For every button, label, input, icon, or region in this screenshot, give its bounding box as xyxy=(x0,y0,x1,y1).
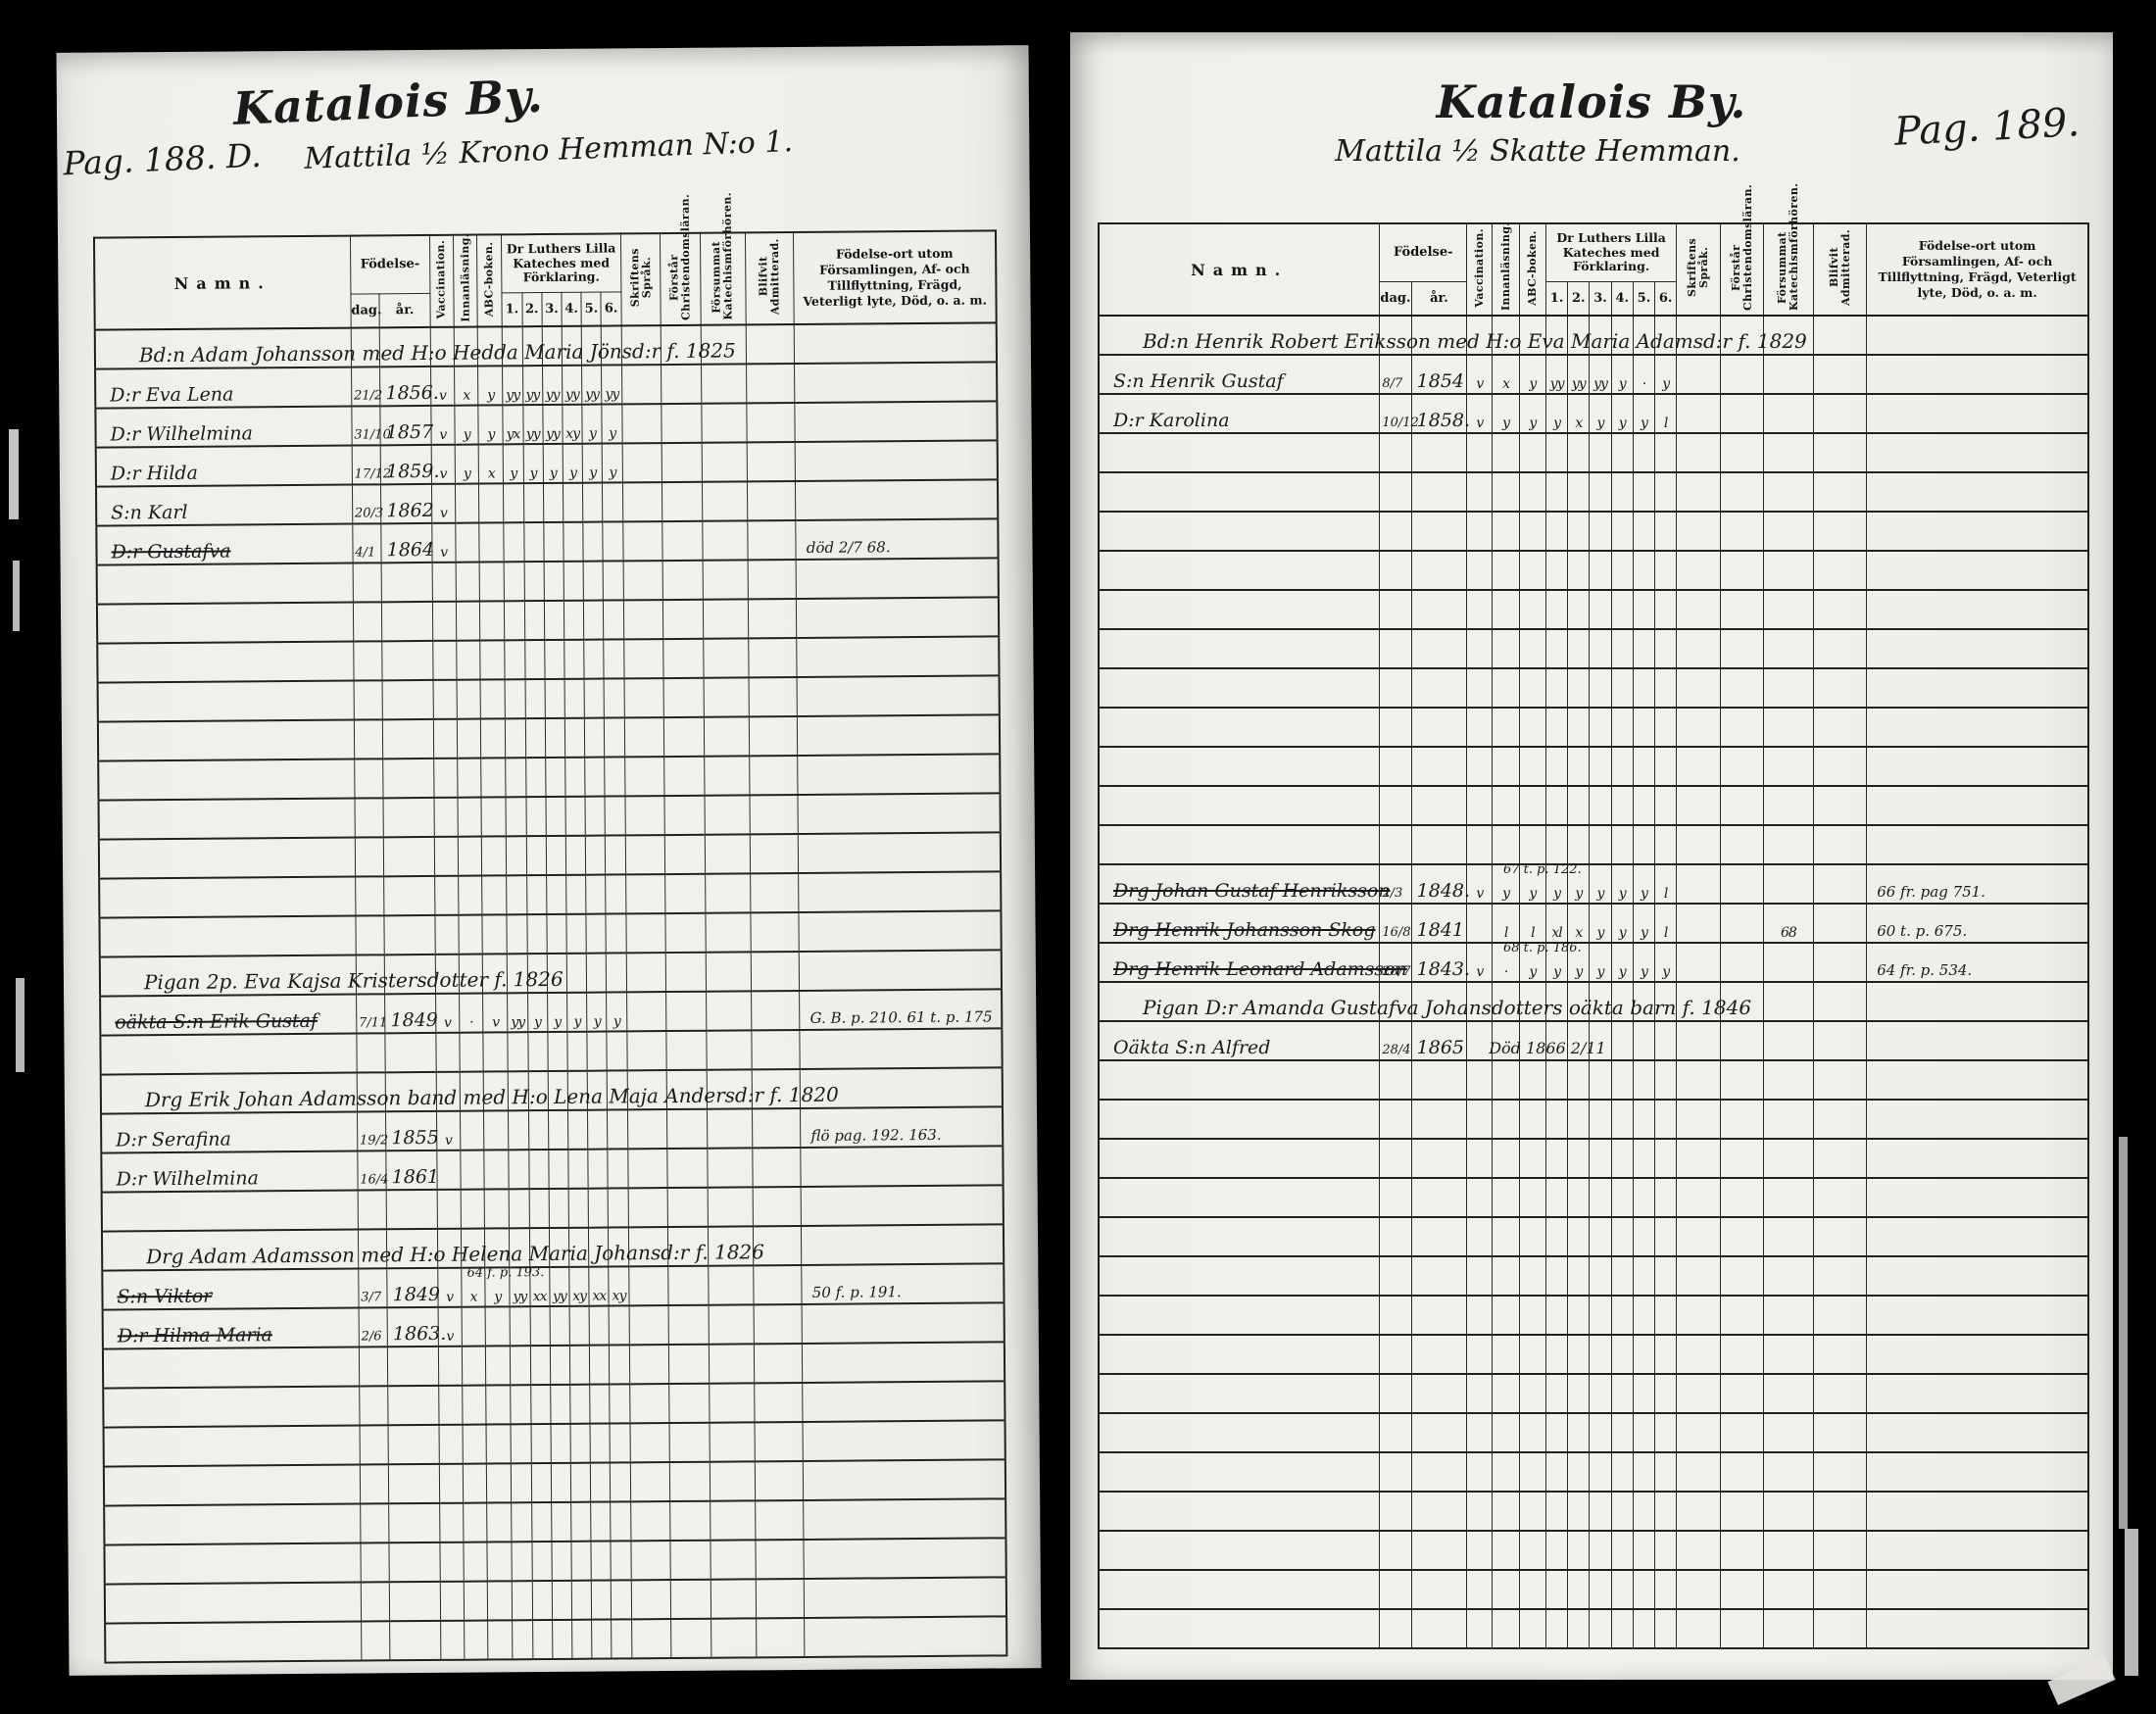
birth-day-cell xyxy=(360,1464,389,1503)
mark-cell xyxy=(507,914,527,954)
name-cell: D:r Wilhelmina xyxy=(95,407,352,448)
name-cell xyxy=(98,681,355,722)
empty-row xyxy=(1099,1256,2088,1296)
mark-cell xyxy=(1519,708,1545,747)
mark-cell xyxy=(664,835,705,874)
mark-cell xyxy=(530,1306,551,1346)
mark-cell xyxy=(709,1383,754,1422)
mark-cell: x xyxy=(1493,355,1519,394)
mark-cell xyxy=(1611,825,1633,864)
mark-cell xyxy=(459,915,483,955)
mark-cell xyxy=(567,1032,588,1071)
mark-cell xyxy=(1611,1296,1633,1335)
mark-cell xyxy=(1611,1374,1633,1413)
birth-year-cell xyxy=(389,1503,440,1543)
mark-cell: y xyxy=(1611,394,1633,433)
birth-day-cell xyxy=(1380,747,1411,786)
remark-cell xyxy=(1867,1217,2088,1256)
mark-cell xyxy=(507,875,527,914)
check-mark: yy xyxy=(565,388,579,404)
column-header-innanlasning: Innanläsning. xyxy=(1493,223,1519,316)
mark-cell xyxy=(1764,668,1814,708)
mark-cell xyxy=(570,1463,591,1502)
mark-cell xyxy=(1813,904,1867,943)
name-cell xyxy=(100,1034,357,1075)
mark-cell xyxy=(623,600,663,639)
mark-cell xyxy=(1611,590,1633,629)
mark-cell: xl xyxy=(1545,904,1567,943)
birth-day-cell xyxy=(1380,433,1411,472)
mark-cell xyxy=(710,1618,756,1657)
birth-year-text: 1865 xyxy=(1417,1037,1464,1058)
mark-cell xyxy=(625,835,665,874)
mark-cell xyxy=(571,1542,592,1581)
birth-year-cell xyxy=(389,1543,440,1582)
mark-cell xyxy=(1545,747,1567,786)
mark-cell xyxy=(438,1386,462,1425)
table-header: Namn. Födelse- Vaccination. Innanläsning… xyxy=(1099,223,2088,316)
mark-cell xyxy=(1764,1100,1814,1139)
mark-cell xyxy=(486,1306,511,1346)
name-cell xyxy=(99,877,356,918)
remark-cell: G. B. p. 210. 61 t. p. 175 xyxy=(800,989,1003,1030)
mark-cell xyxy=(435,915,459,955)
mark-cell xyxy=(1493,1178,1519,1217)
birth-year-cell xyxy=(1411,747,1467,786)
mark-cell xyxy=(1493,1256,1519,1296)
column-header-skriftens-sprak: Skriftens Språk. xyxy=(620,233,661,325)
remark-cell xyxy=(1867,1452,2088,1492)
mark-cell xyxy=(479,522,504,562)
name-cell xyxy=(1099,668,1380,708)
mark-cell xyxy=(748,560,797,599)
mark-cell xyxy=(1764,982,1814,1021)
mark-cell xyxy=(753,1265,802,1304)
remark-cell xyxy=(1867,982,2088,1021)
birth-year-cell xyxy=(383,719,434,759)
family-header-row: Pigan D:r Amanda Gustafva Johansdotters … xyxy=(1099,982,2088,1021)
name-cell xyxy=(1099,1217,1380,1256)
column-header-abc-boken: ABC-boken. xyxy=(1519,223,1545,316)
birth-year-cell xyxy=(1411,1296,1467,1335)
mark-cell xyxy=(531,1463,552,1502)
mark-cell xyxy=(1764,747,1814,786)
mark-cell xyxy=(1611,786,1633,825)
remark-cell xyxy=(802,1224,1004,1265)
remark-cell xyxy=(798,793,1001,834)
mark-cell xyxy=(1590,1335,1611,1374)
mark-cell: x xyxy=(1568,904,1590,943)
mark-cell: y xyxy=(1611,904,1633,943)
mark-cell xyxy=(1677,394,1720,433)
mark-cell xyxy=(1720,433,1763,472)
mark-cell xyxy=(1611,1139,1633,1178)
remark-cell: död 2/7 68. xyxy=(796,518,999,560)
remark-cell xyxy=(804,1538,1006,1579)
remark-cell xyxy=(798,754,1001,795)
mark-cell xyxy=(670,1580,710,1619)
mark-cell xyxy=(1467,1256,1493,1296)
mark-cell xyxy=(1677,1531,1720,1570)
mark-cell xyxy=(1764,1217,1814,1256)
mark-cell xyxy=(1677,629,1720,668)
mark-cell xyxy=(1493,786,1519,825)
mark-cell: v xyxy=(430,367,454,406)
name-cell xyxy=(104,1543,361,1585)
mark-cell xyxy=(1720,1139,1763,1178)
mark-cell xyxy=(1493,708,1519,747)
birth-year-cell: 1843. xyxy=(1411,943,1467,982)
mark-cell xyxy=(1568,590,1590,629)
mark-cell xyxy=(605,796,625,835)
mark-cell xyxy=(548,1110,568,1150)
birth-day-cell xyxy=(354,641,383,680)
column-header-kateches-6: 6. xyxy=(601,292,621,326)
check-mark: y xyxy=(1619,965,1626,981)
check-mark: yy xyxy=(506,388,519,404)
mark-cell xyxy=(460,1151,484,1190)
mark-cell: y xyxy=(455,445,479,484)
column-header-innanlasning: Innanläsning. xyxy=(453,235,478,327)
check-mark: y xyxy=(1641,965,1647,981)
mark-cell: y xyxy=(582,405,603,444)
mark-cell xyxy=(747,442,796,481)
mark-cell xyxy=(1493,825,1519,864)
mark-cell xyxy=(463,1503,487,1543)
mark-cell xyxy=(1813,1021,1867,1060)
mark-cell xyxy=(1764,551,1814,590)
mark-cell xyxy=(663,600,704,639)
mark-cell xyxy=(622,404,662,443)
mark-cell xyxy=(611,1501,631,1541)
birth-day-cell xyxy=(360,1503,389,1543)
mark-cell xyxy=(1568,1452,1590,1492)
check-mark: y xyxy=(1553,887,1560,903)
mark-cell xyxy=(484,1150,509,1189)
mark-cell xyxy=(1813,1335,1867,1374)
mark-cell xyxy=(588,1110,609,1150)
check-mark: y xyxy=(1575,965,1582,981)
check-mark: yy xyxy=(546,388,560,404)
name-cell xyxy=(1099,1609,1380,1648)
name-cell xyxy=(1099,472,1380,512)
mark-cell xyxy=(1813,1178,1867,1217)
mark-cell xyxy=(1568,1609,1590,1648)
birth-year-text: 1858. xyxy=(1417,410,1470,431)
person-name-text: Drg Henrik Leonard Adamsson xyxy=(1113,958,1407,980)
check-mark: · xyxy=(1504,965,1507,981)
mark-cell xyxy=(1568,1178,1590,1217)
mark-cell xyxy=(705,834,750,873)
mark-cell xyxy=(1519,1374,1545,1413)
mark-cell xyxy=(486,1346,511,1385)
mark-cell xyxy=(481,679,506,718)
remark-cell xyxy=(800,1028,1003,1069)
mark-cell xyxy=(661,365,702,404)
mark-cell xyxy=(1720,1492,1763,1531)
remark-cell xyxy=(1867,590,2088,629)
mark-cell xyxy=(1493,1609,1519,1648)
mark-cell xyxy=(604,600,624,639)
mark-cell xyxy=(486,1385,511,1424)
mark-cell xyxy=(623,639,663,678)
mark-cell xyxy=(481,758,506,797)
mark-cell xyxy=(1611,1609,1633,1648)
column-header-remarks: Födelse-ort utom Församlingen, Af- och T… xyxy=(1867,223,2088,316)
mark-cell xyxy=(1677,1217,1720,1256)
empty-row xyxy=(1099,1296,2088,1335)
check-mark: y xyxy=(494,1290,501,1305)
mark-cell xyxy=(571,1502,592,1542)
mark-cell xyxy=(622,521,662,561)
remark-cell xyxy=(1867,1531,2088,1570)
birth-day-cell xyxy=(355,798,384,837)
mark-cell xyxy=(1677,512,1720,551)
mark-cell xyxy=(563,562,584,601)
mark-cell xyxy=(506,797,526,836)
name-cell xyxy=(1099,1492,1380,1531)
mark-cell xyxy=(708,1265,753,1304)
mark-cell xyxy=(1519,1178,1545,1217)
birth-year-cell xyxy=(388,1425,439,1464)
birth-year-cell xyxy=(388,1347,439,1386)
mark-cell xyxy=(1764,1178,1814,1217)
empty-row xyxy=(1099,1335,2088,1374)
remark-cell xyxy=(1867,512,2088,551)
mark-cell xyxy=(462,1307,486,1347)
birth-year-cell xyxy=(1411,433,1467,472)
mark-cell xyxy=(1611,433,1633,472)
birth-day-cell xyxy=(1380,1335,1411,1374)
mark-cell xyxy=(1611,472,1633,512)
mark-cell xyxy=(630,1462,670,1501)
check-mark: x xyxy=(488,466,495,482)
mark-cell xyxy=(1519,668,1545,708)
mark-cell xyxy=(568,1189,589,1228)
mark-cell xyxy=(528,1150,549,1189)
mark-cell xyxy=(1519,1100,1545,1139)
check-mark: y xyxy=(1529,887,1536,903)
check-mark: v xyxy=(1476,377,1483,393)
mark-cell xyxy=(1493,1452,1519,1492)
mark-cell xyxy=(664,717,705,757)
birth-year-cell: 1857 xyxy=(380,406,431,445)
mark-cell xyxy=(1467,904,1493,943)
mark-cell xyxy=(1677,1060,1720,1100)
mark-cell xyxy=(1611,1531,1633,1570)
check-mark: y xyxy=(1619,416,1626,432)
remark-text: 66 fr. pag 751. xyxy=(1877,883,1985,901)
mark-cell: xy xyxy=(569,1267,590,1306)
mark-cell xyxy=(1519,1413,1545,1452)
mark-cell xyxy=(586,875,607,914)
mark-cell: y xyxy=(547,993,567,1032)
check-mark: y xyxy=(487,427,494,443)
birth-day-cell: 8/7 xyxy=(1380,355,1411,394)
mark-cell xyxy=(583,483,604,522)
mark-cell xyxy=(506,718,526,758)
mark-cell xyxy=(1720,747,1763,786)
mark-cell xyxy=(1493,1570,1519,1609)
remark-cell xyxy=(804,1459,1006,1500)
mark-cell: v xyxy=(437,1268,461,1307)
mark-cell xyxy=(1467,1060,1493,1100)
mark-cell: y xyxy=(563,444,583,483)
empty-row xyxy=(1099,590,2088,629)
mark-cell xyxy=(552,1620,572,1659)
birth-year-cell: 1864 xyxy=(381,523,432,563)
birth-year-cell xyxy=(1411,472,1467,512)
mark-cell xyxy=(1813,629,1867,668)
mark-cell xyxy=(1764,1531,1814,1570)
mark-cell: y xyxy=(1611,864,1633,904)
mark-cell xyxy=(603,482,623,521)
birth-year-cell xyxy=(1411,1256,1467,1296)
mark-cell xyxy=(669,1423,710,1462)
register-table-left: Namn. Födelse- Vaccination. Innanläsning… xyxy=(93,229,1007,1663)
mark-cell xyxy=(1813,316,1867,355)
mark-cell: y xyxy=(1590,864,1611,904)
mark-cell xyxy=(1568,1060,1590,1100)
mark-cell xyxy=(545,758,565,797)
remark-cell xyxy=(805,1577,1007,1618)
mark-cell xyxy=(524,562,545,601)
mark-cell xyxy=(1467,1531,1493,1570)
birth-year-cell xyxy=(1411,1452,1467,1492)
name-cell xyxy=(1099,512,1380,551)
check-mark: y xyxy=(1502,887,1509,903)
birth-day-cell xyxy=(1380,1296,1411,1335)
mark-cell xyxy=(588,1150,609,1189)
mark-cell xyxy=(486,1424,511,1463)
mark-cell xyxy=(1519,786,1545,825)
mark-cell xyxy=(487,1542,512,1581)
mark-cell xyxy=(480,562,505,601)
mark-cell xyxy=(1764,1256,1814,1296)
mark-cell xyxy=(755,1422,804,1461)
mark-cell xyxy=(756,1540,805,1579)
mark-cell xyxy=(1764,1021,1814,1060)
scan-artifact xyxy=(2119,1137,2128,1529)
birth-day-cell xyxy=(1380,1413,1411,1452)
check-mark: yy xyxy=(513,1290,526,1305)
register-table-right: Namn. Födelse- Vaccination. Innanläsning… xyxy=(1098,222,2089,1649)
mark-cell xyxy=(1677,1139,1720,1178)
mark-cell xyxy=(1677,943,1720,982)
mark-cell xyxy=(1720,472,1763,512)
empty-row xyxy=(1099,747,2088,786)
family-entry-text: Bd:n Henrik Robert Eriksson med H:o Eva … xyxy=(1143,329,1807,353)
mark-cell xyxy=(1655,629,1677,668)
mark-cell xyxy=(670,1501,710,1541)
mark-cell: y xyxy=(543,444,563,483)
remark-text: 64 fr. p. 534. xyxy=(1877,961,1972,979)
birth-year-cell xyxy=(1411,1178,1467,1217)
mark-cell xyxy=(432,641,456,680)
mark-cell xyxy=(1467,1296,1493,1335)
remark-cell xyxy=(1867,708,2088,747)
name-cell: D:r Wilhelmina xyxy=(101,1151,358,1193)
mark-cell xyxy=(1467,1217,1493,1256)
mark-cell xyxy=(528,1110,549,1150)
mark-cell: y xyxy=(582,444,603,483)
mark-cell xyxy=(526,797,547,836)
mark-cell xyxy=(526,914,547,954)
mark-cell xyxy=(1813,864,1867,904)
right-page-number: Pag. 189. xyxy=(1893,100,2081,155)
mark-cell xyxy=(1813,1531,1867,1570)
mark-cell xyxy=(1467,512,1493,551)
register-table-left-body: Bd:n Adam Johansson med H:o Hedda Maria … xyxy=(95,322,1007,1662)
empty-row xyxy=(1099,1374,2088,1413)
birth-day-cell: 3/7 xyxy=(359,1268,388,1307)
mark-cell xyxy=(1493,551,1519,590)
birth-year-cell xyxy=(1411,1413,1467,1452)
empty-row xyxy=(1099,1139,2088,1178)
name-cell xyxy=(1099,825,1380,864)
mark-cell xyxy=(550,1346,570,1385)
birth-day-cell xyxy=(1380,629,1411,668)
birth-day-cell xyxy=(1380,1531,1411,1570)
mark-cell xyxy=(434,876,458,915)
mark-cell: y xyxy=(1519,355,1545,394)
remark-cell xyxy=(1867,825,2088,864)
mark-cell xyxy=(628,1149,668,1188)
remark-cell xyxy=(795,401,998,442)
mark-cell xyxy=(583,522,604,562)
mark-cell xyxy=(509,1189,529,1228)
birth-day-cell: 17/12 xyxy=(352,445,381,484)
name-cell xyxy=(1099,1452,1380,1492)
mark-cell xyxy=(1677,747,1720,786)
birth-year-cell xyxy=(1411,1531,1467,1570)
mark-cell xyxy=(1655,1374,1677,1413)
person-row: S:n Henrik Gustaf8/71854vxyyyyyyyy·y xyxy=(1099,355,2088,394)
mark-cell xyxy=(1633,1256,1654,1296)
mark-cell xyxy=(1568,1335,1590,1374)
check-mark: y xyxy=(1553,965,1560,981)
mark-cell xyxy=(604,678,624,717)
mark-cell xyxy=(488,1581,513,1620)
person-row: Drg Henrik Leonard Adamsson28/71843.v·yy… xyxy=(1099,943,2088,982)
mark-cell xyxy=(1545,1060,1567,1100)
mark-cell: xy xyxy=(563,405,583,444)
birth-day-cell: 7/11 xyxy=(356,994,385,1033)
mark-cell xyxy=(668,1305,709,1345)
mark-cell xyxy=(709,1344,754,1383)
mark-cell xyxy=(588,1189,609,1228)
birth-year-cell xyxy=(384,915,435,955)
remark-text: 60 t. p. 675. xyxy=(1877,922,1967,940)
mark-cell xyxy=(625,874,665,913)
mark-cell xyxy=(1655,1452,1677,1492)
birth-year-text: 1849 xyxy=(393,1284,441,1305)
mark-cell xyxy=(526,836,547,875)
mark-cell xyxy=(1677,708,1720,747)
birth-day-cell xyxy=(353,563,382,602)
mark-cell xyxy=(1545,1413,1567,1452)
birth-year-cell xyxy=(1411,1335,1467,1374)
check-mark: v xyxy=(439,428,446,444)
birth-day-cell xyxy=(1380,825,1411,864)
mark-cell xyxy=(1633,472,1654,512)
mark-cell xyxy=(756,1618,805,1657)
mark-cell xyxy=(605,757,625,796)
mark-cell xyxy=(1813,708,1867,747)
name-cell: D:r Gustafva xyxy=(96,524,353,565)
mark-cell xyxy=(1545,1100,1567,1139)
column-header-forstar-christendomslaran: Förstår Christendomsläran. xyxy=(661,233,701,325)
